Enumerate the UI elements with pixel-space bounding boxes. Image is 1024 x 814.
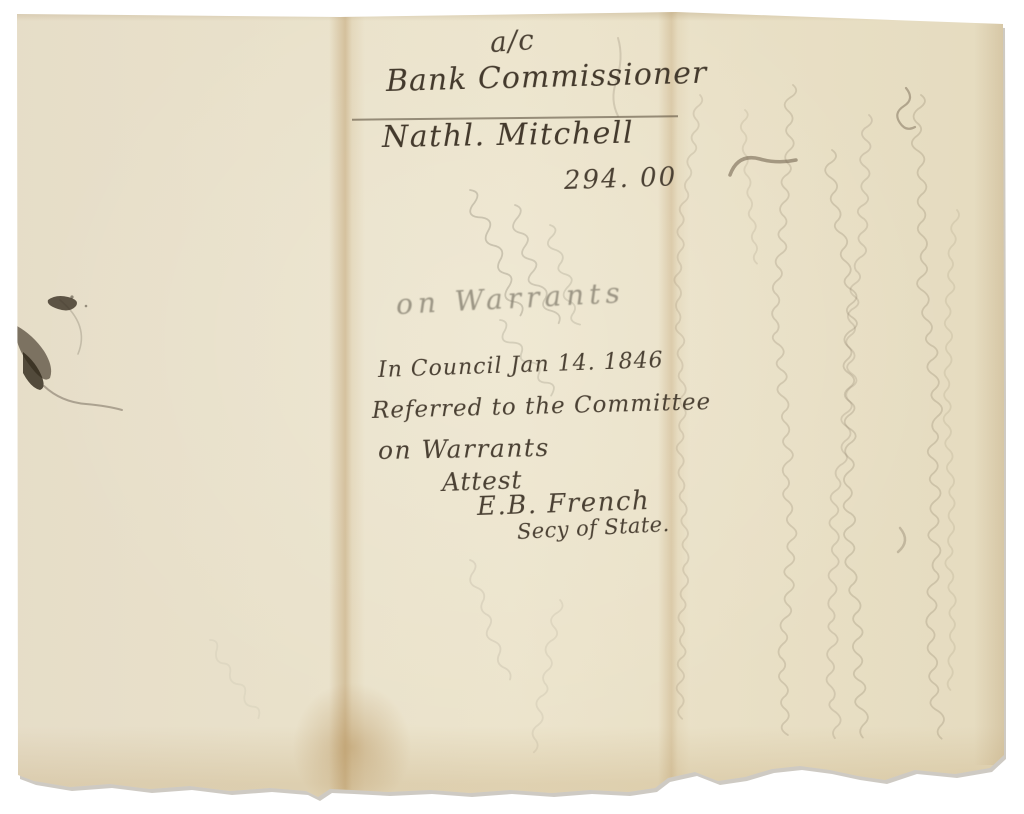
scanner-bed: a/c Bank Commissioner Nathl. Mitchell 29…: [0, 0, 1024, 814]
amount-value: 294. 00: [563, 162, 677, 196]
referral-line-2: on Warrants: [378, 433, 550, 465]
document-paper: a/c Bank Commissioner Nathl. Mitchell 29…: [0, 0, 1024, 814]
account-abbreviation: a/c: [489, 23, 536, 59]
payee-name: Nathl. Mitchell: [382, 116, 635, 155]
document-scan: { "document": { "lines": { "account_abbr…: [0, 0, 1024, 814]
